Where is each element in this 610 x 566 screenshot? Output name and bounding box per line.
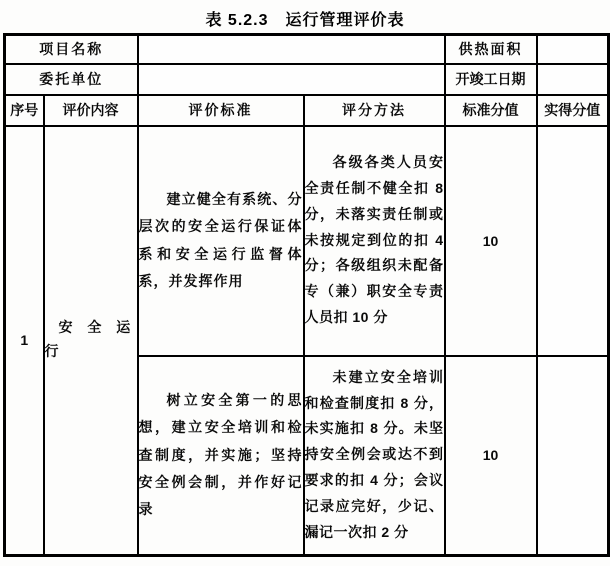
scoring-method-text-2: 未建立安全培训和检查制度扣 8 分，未实施扣 8 分。未坚持安全例会或达不到要求… xyxy=(305,369,444,540)
document-page: 表 5.2.3 运行管理评价表 项目名称 供热面积 委托单位 开竣工日期 序号 … xyxy=(0,0,610,566)
actual-score-cell-2 xyxy=(537,356,609,556)
actual-score-cell-1 xyxy=(537,126,609,356)
standard-score-cell-1: 10 xyxy=(445,126,537,356)
info-row-client: 委托单位 开竣工日期 xyxy=(5,64,609,95)
scoring-method-text-1: 各级各类人员安全责任制不健全扣 8 分，未落实责任制或未按规定到位的扣 4 分；… xyxy=(305,154,444,325)
evaluation-table: 项目名称 供热面积 委托单位 开竣工日期 序号 评价内容 评价标准 评分方法 标… xyxy=(3,33,610,557)
project-name-label: 项目名称 xyxy=(5,35,138,64)
client-unit-value xyxy=(138,64,445,95)
body-subrow-1: 1 安全运行 建立健全有系统、分层次的安全运行保证体系和安全运行监督体系，并发挥… xyxy=(5,126,609,356)
col-header-actual-score: 实得分值 xyxy=(537,95,609,126)
col-header-method: 评分方法 xyxy=(304,95,445,126)
col-header-content: 评价内容 xyxy=(44,95,138,126)
heating-area-label: 供热面积 xyxy=(445,35,537,64)
criteria-text-2: 树立安全第一的思想，建立安全培训和检查制度，并实施；坚持安全例会制，并作好记录 xyxy=(139,392,303,517)
info-row-project: 项目名称 供热面积 xyxy=(5,35,609,64)
criteria-cell-1: 建立健全有系统、分层次的安全运行保证体系和安全运行监督体系，并发挥作用 xyxy=(138,126,304,356)
col-header-criteria: 评价标准 xyxy=(138,95,304,126)
client-unit-label: 委托单位 xyxy=(5,64,138,95)
project-name-value xyxy=(138,35,445,64)
heating-area-value xyxy=(537,35,609,64)
col-header-standard-score: 标准分值 xyxy=(445,95,537,126)
content-cell: 安全运行 xyxy=(44,126,138,556)
scoring-method-cell-2: 未建立安全培训和检查制度扣 8 分，未实施扣 8 分。未坚持安全例会或达不到要求… xyxy=(304,356,445,556)
criteria-cell-2: 树立安全第一的思想，建立安全培训和检查制度，并实施；坚持安全例会制，并作好记录 xyxy=(138,356,304,556)
standard-score-cell-2: 10 xyxy=(445,356,537,556)
col-header-seq: 序号 xyxy=(5,95,44,126)
completion-date-label: 开竣工日期 xyxy=(445,64,537,95)
table-title: 表 5.2.3 运行管理评价表 xyxy=(0,0,610,31)
scoring-method-cell-1: 各级各类人员安全责任制不健全扣 8 分，未落实责任制或未按规定到位的扣 4 分；… xyxy=(304,126,445,356)
criteria-text-1: 建立健全有系统、分层次的安全运行保证体系和安全运行监督体系，并发挥作用 xyxy=(139,191,303,289)
seq-cell: 1 xyxy=(5,126,44,556)
header-row: 序号 评价内容 评价标准 评分方法 标准分值 实得分值 xyxy=(5,95,609,126)
completion-date-value xyxy=(537,64,609,95)
